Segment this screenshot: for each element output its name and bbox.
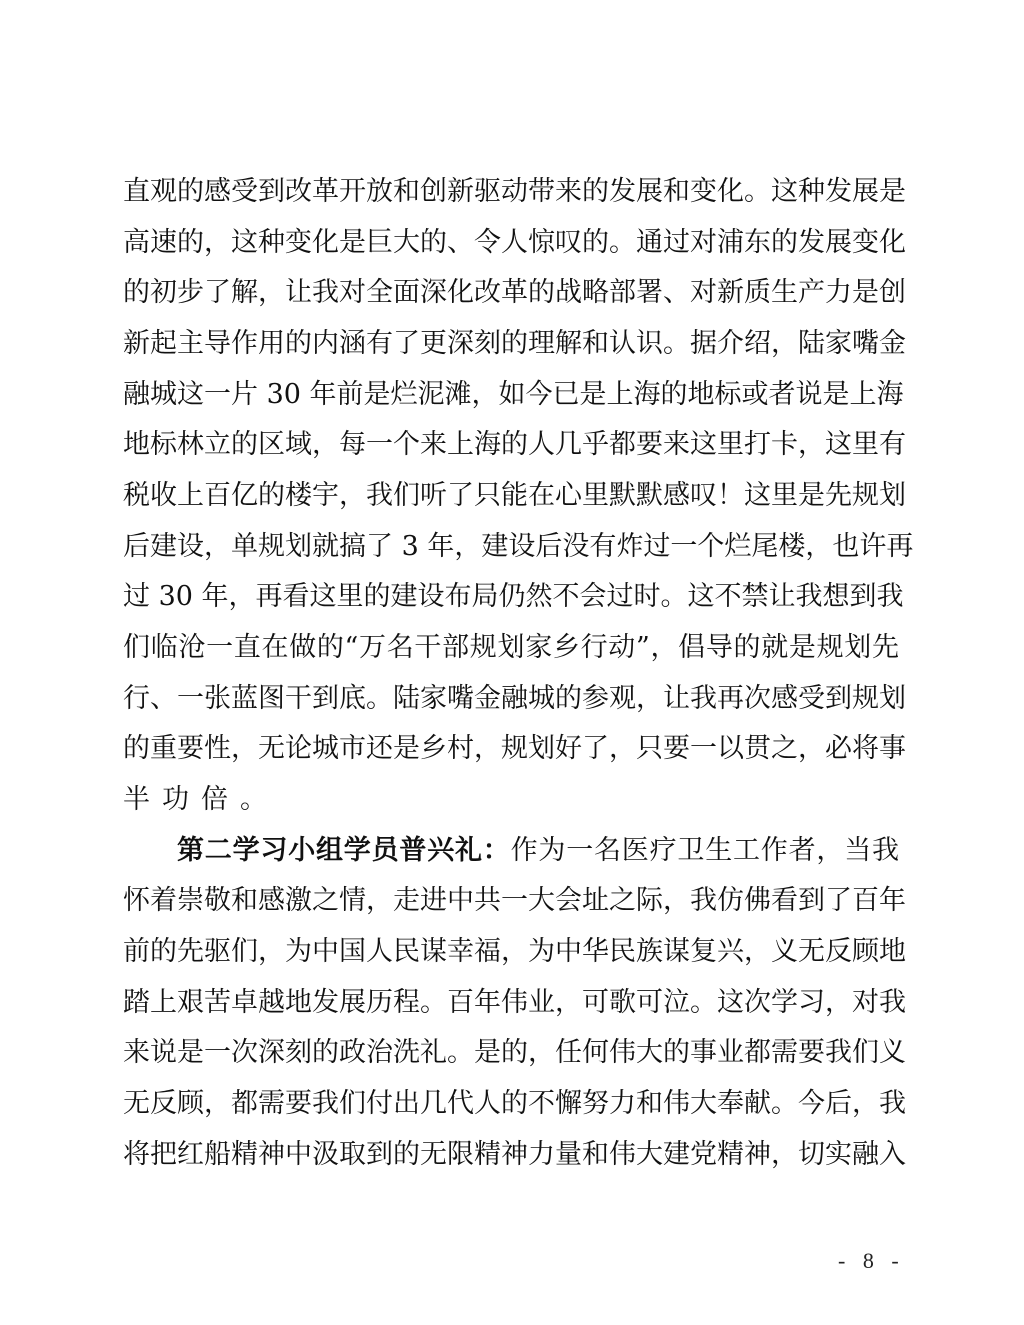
text-line: 的初步了解，让我对全面深化改革的战略部署、对新质生产力是创 (123, 273, 899, 313)
text-line: 来说是一次深刻的政治洗礼。是的，任何伟大的事业都需要我们义 (123, 1033, 899, 1073)
text-line: 直观的感受到改革开放和创新驱动带来的发展和变化。这种发展是 (123, 172, 899, 212)
text-line: 行、一张蓝图干到底。陆家嘴金融城的参观，让我再次感受到规划 (123, 679, 899, 719)
text-line: 前的先驱们，为中国人民谋幸福，为中华民族谋复兴，义无反顾地 (123, 932, 899, 972)
text-line: 将把红船精神中汲取到的无限精神力量和伟大建党精神，切实融入 (123, 1135, 899, 1175)
text-line: 税收上百亿的楼宇，我们听了只能在心里默默感叹！这里是先规划 (123, 476, 899, 516)
text-line: 新起主导作用的内涵有了更深刻的理解和认识。据介绍，陆家嘴金 (123, 324, 899, 364)
text-line: 踏上艰苦卓越地发展历程。百年伟业，可歌可泣。这次学习，对我 (123, 983, 899, 1023)
paragraph-first-line: 第二学习小组学员普兴礼：作为一名医疗卫生工作者，当我 (177, 831, 899, 871)
page-number: - 8 - (838, 1248, 905, 1274)
text-line: 怀着崇敬和感激之情，走进中共一大会址之际，我仿佛看到了百年 (123, 881, 899, 921)
text-line: 融城这一片 30 年前是烂泥滩，如今已是上海的地标或者说是上海 (123, 375, 899, 415)
text-line: 的重要性，无论城市还是乡村，规划好了，只要一以贯之，必将事 (123, 729, 899, 769)
text-line: 地标林立的区域，每一个来上海的人几乎都要来这里打卡，这里有 (123, 425, 899, 465)
text-line: 后建设，单规划就搞了 3 年，建设后没有炸过一个烂尾楼，也许再 (123, 527, 899, 567)
text-line: 半功倍。 (123, 780, 899, 820)
text-line: 们临沧一直在做的“万名干部规划家乡行动”，倡导的就是规划先 (123, 628, 899, 668)
document-page: 直观的感受到改革开放和创新驱动带来的发展和变化。这种发展是 高速的，这种变化是巨… (0, 0, 1024, 1325)
text-line: 过 30 年，再看这里的建设布局仍然不会过时。这不禁让我想到我 (123, 577, 899, 617)
text-run: 作为一名医疗卫生工作者，当我 (511, 835, 899, 866)
speaker-name: 第二学习小组学员普兴礼： (177, 835, 511, 866)
text-line: 无反顾，都需要我们付出几代人的不懈努力和伟大奉献。今后，我 (123, 1084, 899, 1124)
text-line: 高速的，这种变化是巨大的、令人惊叹的。通过对浦东的发展变化 (123, 223, 899, 263)
